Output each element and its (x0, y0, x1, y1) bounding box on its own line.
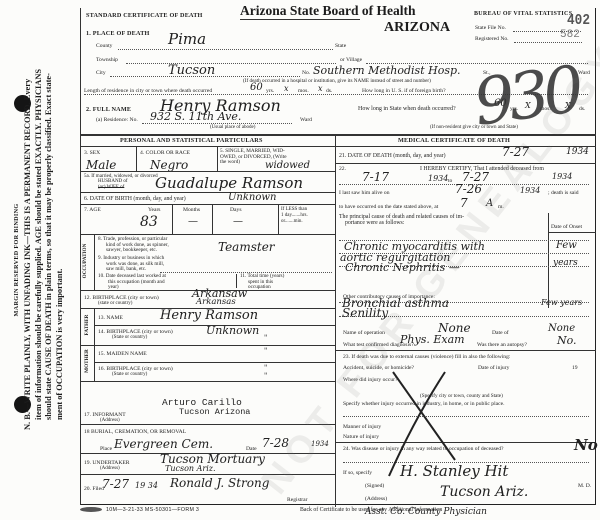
line-22 (335, 163, 596, 164)
filed-label: 20. Filed (84, 486, 104, 492)
line-6 (80, 192, 335, 193)
cause-3-onset: years (553, 258, 578, 268)
principal-label-2: portance were as follows: (345, 220, 404, 226)
county-value: Pima (168, 30, 206, 48)
mother-side-divider (94, 345, 95, 381)
father-birth-value: Unknown (206, 324, 259, 337)
line-20 (80, 474, 335, 475)
months-label: Months (183, 207, 200, 213)
no-label: No. (302, 70, 310, 76)
back-note: Back of Certificate to be used for any A… (300, 507, 442, 513)
birthplace-state-value: Arkansas (196, 297, 236, 307)
time-value: 7 (460, 196, 468, 210)
race-value: Negro (150, 158, 188, 172)
state-residence-label: How long in State when death occurred? (358, 106, 456, 112)
father-name-label: 13. NAME (98, 315, 123, 321)
registrar-label: Registrar (287, 497, 308, 503)
sex-label: 3. SEX (84, 150, 100, 156)
undertaker-address: Tucson Ariz. (165, 464, 216, 473)
dob-label: 6. DATE OF BIRTH (month, day, and year) (84, 196, 186, 202)
usual-place-note: (Usual place of abode) (210, 125, 255, 130)
state-value: ARIZONA (384, 20, 450, 36)
onset-label: Date of Onset (551, 224, 582, 230)
less-than-label: If LESS than 1 day.......hrs. or.......m… (281, 207, 308, 225)
years-label: Years (148, 207, 160, 213)
m-label: m. (498, 204, 504, 210)
age-days-value: — (233, 216, 243, 227)
other-cause-1-onset: Few years (541, 298, 582, 307)
cause-3: Chronic Nephritis — (345, 261, 460, 274)
occupation-side-label: OCCUPATION (82, 238, 88, 284)
residence-label: (a) Residence: No. (96, 117, 138, 123)
township-label: Township (96, 57, 118, 63)
attended-to-year: 1934 (552, 172, 572, 181)
place-label: Place (100, 446, 112, 452)
trade-label: 8. Trade, profession, or particular kind… (98, 237, 169, 254)
township-line (126, 63, 336, 64)
ifso-label: If so, specify (343, 470, 372, 476)
age-months-value: — (188, 216, 198, 227)
sex-divider (136, 146, 137, 171)
dod-value: 7-27 (502, 145, 529, 159)
union-label-icon (80, 507, 102, 512)
county-line (118, 49, 333, 50)
attended-from-year: 1934 (428, 174, 448, 183)
last-saw-label: I last saw him alive on (339, 190, 390, 196)
line-5a (80, 171, 335, 172)
total-time-div (236, 274, 237, 288)
strike-through-mark (385, 368, 475, 478)
mother-birth-value: " (264, 364, 267, 372)
margin-instructions: N. B.—WRITE PLAINLY, WITH UNFADING INK—T… (23, 0, 65, 520)
injury-date-label: Date of injury (478, 365, 509, 371)
occupation-answer: No (574, 436, 598, 454)
race-label: 4. COLOR OR RACE (140, 150, 190, 156)
registrar-signature: Ronald J. Strong (170, 476, 269, 490)
father-birth-state: " (264, 334, 267, 342)
residence-years: 60 (250, 82, 263, 93)
line-15 (80, 345, 335, 346)
mother-side-label: MOTHER (84, 346, 90, 376)
line-23 (335, 350, 596, 351)
sex-value: Male (86, 158, 116, 172)
manner-label: Manner of injury (343, 424, 381, 430)
column-divider (335, 134, 336, 507)
residence-months: x (284, 84, 289, 93)
autopsy-label: Was there an autopsy? (477, 342, 527, 348)
birthplace-sub: (state or country) (98, 301, 132, 306)
residence-days: x (318, 84, 323, 93)
line-16 (94, 362, 335, 363)
form-left-border (80, 8, 81, 505)
industry-label: 9. Industry or business in which work wa… (98, 256, 164, 273)
personal-header-line (80, 146, 335, 147)
last-saw-year: 1934 (520, 186, 540, 195)
medical-header-line (335, 146, 596, 147)
age-years-value: 83 (140, 214, 158, 230)
age-div-1 (172, 204, 173, 234)
op-date-value: None (548, 323, 575, 334)
institution-value: Southern Methodist Hosp. (313, 64, 461, 77)
injury-year: 19 (572, 365, 578, 371)
md-label: M. D. (578, 483, 591, 489)
external-label: 23. If death was due to external causes … (343, 354, 510, 360)
days-label: Days (230, 207, 242, 213)
dob-value: Unknown (228, 192, 276, 203)
residence-value: 932 S. 11th Ave. (150, 110, 241, 123)
margin-reserved-label: MARGIN RESERVED FOR BINDING (13, 0, 20, 520)
onset-header-line (548, 232, 596, 233)
last-saw-value: 7-26 (455, 182, 482, 196)
nature-label: Nature of injury (343, 434, 379, 440)
city-line (110, 76, 300, 77)
death-said-label: ; death is said (548, 190, 579, 196)
father-birth-sub: (State or country) (112, 335, 147, 340)
occupation-side-divider (94, 234, 95, 290)
dod-label: 21. DATE OF DEATH (month, day, and year) (339, 153, 446, 159)
father-side-label: FATHER (84, 310, 90, 340)
form-code: 10M—3-21-33 MS-50301—FORM 3 (80, 507, 199, 513)
father-side-divider (94, 308, 95, 345)
city-label: City (96, 70, 106, 76)
test-value: Phys. Exam (400, 333, 465, 346)
mother-birth-sub: (State or country) (112, 372, 147, 377)
certify-no: 22. (339, 166, 346, 172)
residence-ward-label: Ward (300, 117, 312, 123)
last-worked-label: 10. Date deceased last worked at this oc… (98, 274, 166, 291)
burial-label: 18 BURIAL, CREMATION, OR REMOVAL (84, 429, 186, 435)
maiden-name-value: " (264, 347, 267, 355)
burial-place-value: Evergreen Cem. (114, 437, 213, 451)
hospital-note: (If death occurred in a hospital or inst… (243, 78, 431, 84)
autopsy-value: No. (557, 334, 577, 347)
dod-year: 1934 (566, 147, 589, 157)
marital-value: widowed (265, 160, 310, 171)
burial-date-value: 7-28 (262, 436, 289, 450)
mother-birth-state: " (264, 372, 267, 380)
personal-section-title: PERSONAL AND STATISTICAL PARTICULARS (120, 137, 263, 144)
signed-label: (Signed) (365, 483, 384, 489)
full-name-label: 2. FULL NAME (86, 106, 131, 113)
race-divider (217, 146, 218, 171)
undertaker-sub: (Address) (100, 466, 120, 471)
address-label: (Address) (365, 496, 387, 502)
residence-addr-line (142, 123, 292, 124)
line-8 (80, 234, 335, 235)
place-of-death-label: 1. PLACE OF DEATH (86, 30, 150, 37)
trade-value: Teamster (218, 240, 275, 254)
village-label: or Village (340, 57, 362, 63)
age-div-3 (278, 204, 279, 234)
cause-1-onset: Few (556, 240, 577, 251)
occurred-label: to have occurred on the date stated abov… (339, 204, 438, 210)
father-name-value: Henry Ramson (160, 308, 258, 323)
operation-label: Name of operation (343, 330, 385, 336)
physician-address: Tucson Ariz. (440, 484, 528, 500)
onset-divider (548, 213, 549, 308)
informant-sub: (Address) (100, 418, 120, 423)
other-cause-2: Senility (342, 306, 388, 320)
state-label: State (335, 43, 346, 49)
line-18 (80, 424, 335, 425)
informant-address: Tucson Arizona (179, 407, 250, 417)
op-date-label: Date of (492, 330, 509, 336)
spouse-value: Guadalupe Ramson (155, 174, 303, 192)
ward-label: Ward (578, 70, 590, 76)
county-label: County (96, 43, 112, 49)
burial-year-value: 1934 (311, 440, 329, 448)
filed-value: 7-27 (102, 477, 129, 491)
maiden-name-label: 15. MAIDEN NAME (98, 351, 147, 357)
line-17 (80, 381, 335, 382)
binding-margin: MARGIN RESERVED FOR BINDING N. B.—WRITE … (0, 0, 78, 520)
spouse-label: 5a. If married, widowed, or divorced HUS… (84, 174, 158, 190)
line-7 (80, 204, 335, 205)
age-label: 7. AGE (84, 207, 101, 213)
filed-year: 19 34 (135, 481, 158, 490)
handwritten-annotation: 930 (469, 53, 582, 141)
attended-from-value: 7-17 (362, 170, 389, 184)
age-div-2 (212, 204, 213, 234)
am-value: A (486, 198, 493, 209)
